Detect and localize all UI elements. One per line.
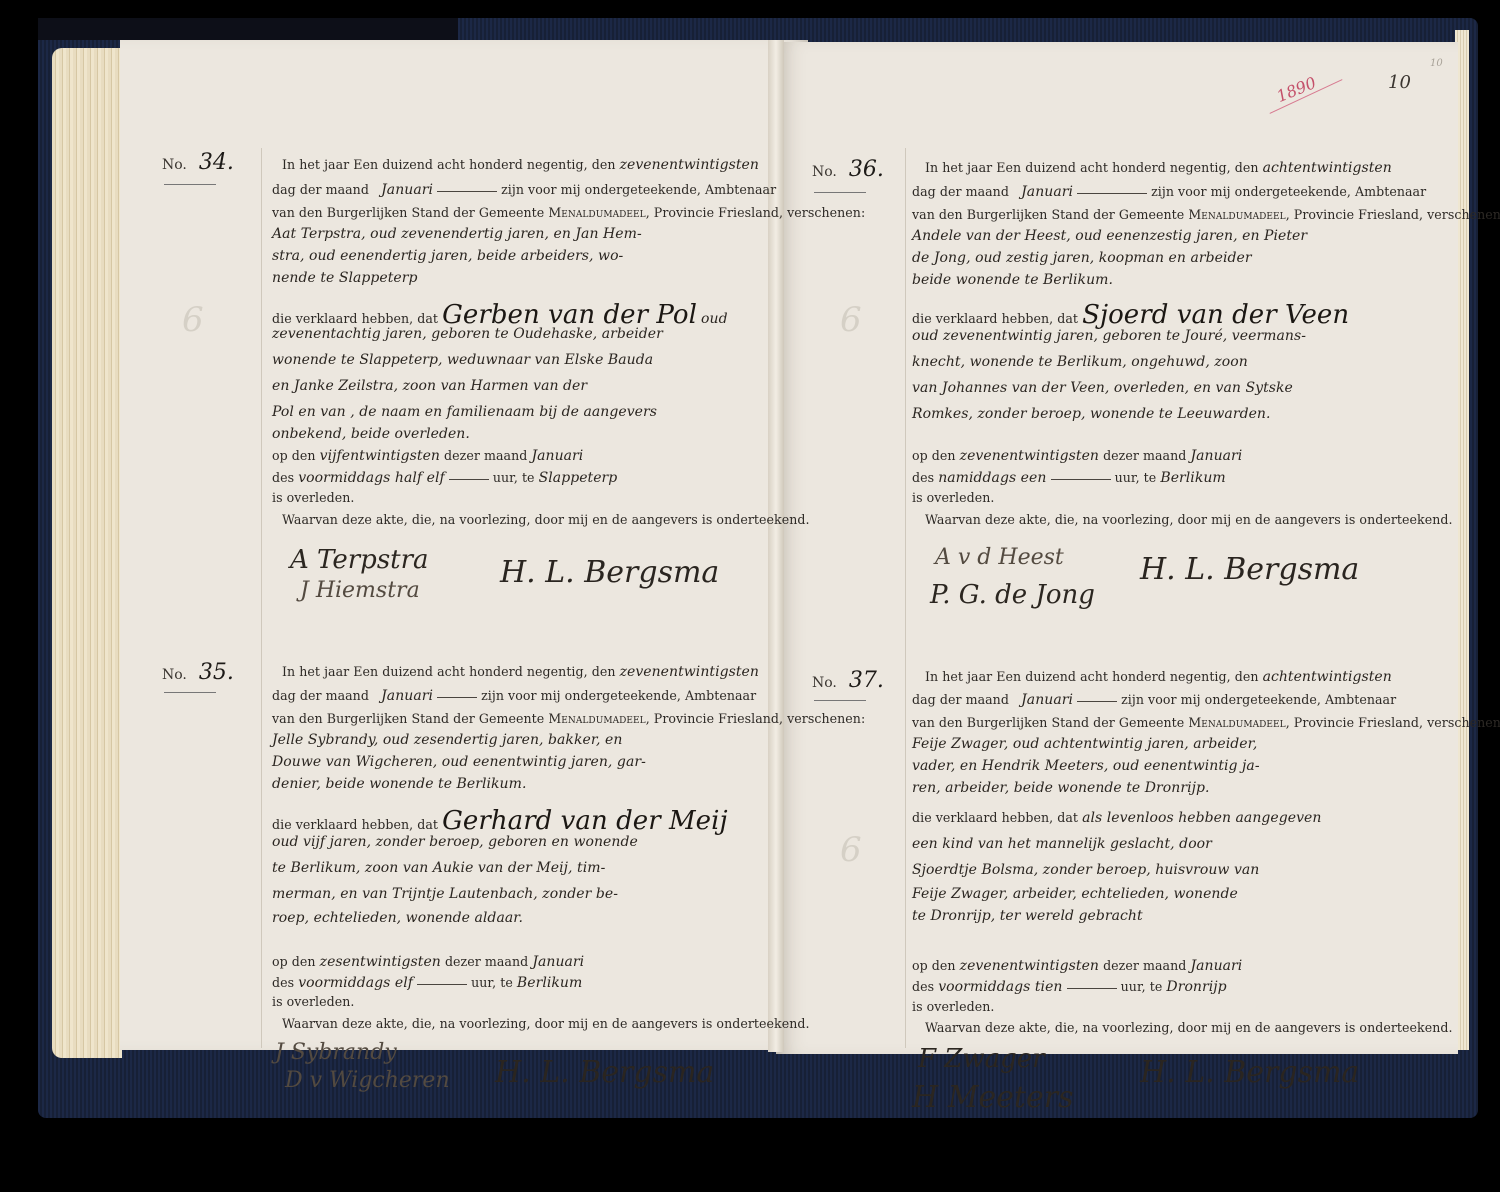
death-time-line: des voormiddags tien uur, te Dronrijp: [912, 979, 1227, 995]
form-line-3: van den Burgerlijken Stand der Gemeente …: [912, 715, 1500, 730]
details-line-1: zevenentachtig jaren, geboren te Oudehas…: [272, 326, 663, 342]
cover-shadow: [38, 18, 458, 40]
entry-number: No.34.: [162, 150, 234, 175]
appearers-line-2: Douwe van Wigcheren, oud eenentwintig ja…: [272, 754, 646, 770]
left-margin-rule: [261, 148, 262, 1048]
form-line-1: In het jaar Een duizend acht honderd neg…: [282, 157, 759, 173]
details-line-4: Romkes, zonder beroep, wonende te Leeuwa…: [912, 406, 1270, 422]
form-line-3: van den Burgerlijken Stand der Gemeente …: [272, 205, 865, 220]
appearers-line-2: vader, en Hendrik Meeters, oud eenentwin…: [912, 758, 1260, 774]
number-rule: [814, 192, 866, 193]
signature-appearer-1: A Terpstra: [290, 545, 429, 575]
death-time-line: des voormiddags half elf uur, te Slappet…: [272, 470, 617, 486]
entry-number: No.35.: [162, 660, 234, 685]
details-line-1: oud vijf jaren, zonder beroep, geboren e…: [272, 834, 638, 850]
form-line-1: In het jaar Een duizend acht honderd neg…: [925, 160, 1392, 176]
closing-line: Waarvan deze akte, die, na voorlezing, d…: [925, 1020, 1453, 1035]
overleden-line: is overleden.: [912, 999, 994, 1014]
appearers-line-1: Feije Zwager, oud achtentwintig jaren, a…: [912, 736, 1257, 752]
signature-appearer-2: H Meeters: [912, 1080, 1073, 1115]
details-line-4: Pol en van , de naam en familienaam bij …: [272, 404, 657, 420]
appearers-line-3: ren, arbeider, beide wonende te Dronrijp…: [912, 780, 1210, 796]
margin-pencil-mark: 6: [840, 300, 862, 340]
declared-line: die verklaard hebben, dat Gerhard van de…: [272, 806, 728, 836]
overleden-line: is overleden.: [272, 490, 354, 505]
death-date-line: op den vijfentwintigsten dezer maand Jan…: [272, 448, 583, 464]
appearers-line-3: beide wonende te Berlikum.: [912, 272, 1113, 288]
death-time-line: des voormiddags elf uur, te Berlikum: [272, 975, 582, 991]
appearers-line-3: denier, beide wonende te Berlikum.: [272, 776, 526, 792]
margin-pencil-mark: 6: [182, 300, 204, 340]
death-date-line: op den zevenentwintigsten dezer maand Ja…: [912, 448, 1242, 464]
entry-number: No.37.: [812, 668, 884, 693]
declared-line: die verklaard hebben, dat als levenloos …: [912, 810, 1321, 826]
overleden-line: is overleden.: [912, 490, 994, 505]
number-rule: [814, 700, 866, 701]
details-line-2: wonende te Slappeterp, weduwnaar van Els…: [272, 352, 653, 368]
form-line-1: In het jaar Een duizend acht honderd neg…: [925, 669, 1392, 685]
signature-appearer-1: F Zwager: [918, 1044, 1045, 1074]
number-rule: [164, 692, 216, 693]
signature-appearer-2: P. G. de Jong: [930, 580, 1095, 610]
details-line-1: oud zevenentwintig jaren, geboren te Jou…: [912, 328, 1306, 344]
form-line-1: In het jaar Een duizend acht honderd neg…: [282, 664, 759, 680]
entry-number: No.36.: [812, 157, 884, 182]
signature-appearer-1: A v d Heest: [935, 545, 1064, 570]
details-line-1: een kind van het mannelijk geslacht, doo…: [912, 836, 1212, 852]
signature-official: H. L. Bergsma: [1140, 1055, 1359, 1090]
signature-official: H. L. Bergsma: [495, 1055, 714, 1090]
form-line-2: dag der maand Januari zijn voor mij onde…: [912, 184, 1426, 200]
declared-line: die verklaard hebben, dat Sjoerd van der…: [912, 300, 1349, 330]
details-line-3: van Johannes van der Veen, overleden, en…: [912, 380, 1293, 396]
details-line-2: knecht, wonende te Berlikum, ongehuwd, z…: [912, 354, 1248, 370]
death-date-line: op den zevenentwintigsten dezer maand Ja…: [912, 958, 1242, 974]
appearers-line-3: nende te Slappeterp: [272, 270, 418, 286]
details-line-2: Sjoerdtje Bolsma, zonder beroep, huisvro…: [912, 862, 1259, 878]
appearers-line-1: Andele van der Heest, oud eenenzestig ja…: [912, 228, 1307, 244]
folio-number: 10: [1388, 72, 1411, 93]
details-line-3: en Janke Zeilstra, zoon van Harmen van d…: [272, 378, 587, 394]
page-edges-left: [52, 48, 122, 1058]
details-line-5: onbekend, beide overleden.: [272, 426, 470, 442]
signature-official: H. L. Bergsma: [500, 555, 719, 590]
details-line-2: te Berlikum, zoon van Aukie van der Meij…: [272, 860, 605, 876]
details-line-3: merman, en van Trijntje Lautenbach, zond…: [272, 886, 618, 902]
closing-line: Waarvan deze akte, die, na voorlezing, d…: [925, 512, 1453, 527]
signature-appearer-2: J Hiemstra: [300, 578, 420, 603]
appearers-line-2: stra, oud eenendertig jaren, beide arbei…: [272, 248, 623, 264]
closing-line: Waarvan deze akte, die, na voorlezing, d…: [282, 512, 810, 527]
closing-line: Waarvan deze akte, die, na voorlezing, d…: [282, 1016, 810, 1031]
signature-appearer-1: J Sybrandy: [275, 1040, 397, 1065]
signature-official: H. L. Bergsma: [1140, 552, 1359, 587]
details-line-4: te Dronrijp, ter wereld gebracht: [912, 908, 1143, 924]
form-line-2: dag der maand Januari zijn voor mij onde…: [272, 688, 756, 704]
overleden-line: is overleden.: [272, 994, 354, 1009]
appearers-line-1: Aat Terpstra, oud zevenendertig jaren, e…: [272, 226, 642, 242]
details-line-3: Feije Zwager, arbeider, echtelieden, won…: [912, 886, 1238, 902]
signature-appearer-2: D v Wigcheren: [285, 1068, 450, 1093]
details-line-4: roep, echtelieden, wonende aldaar.: [272, 910, 523, 926]
folio-pencil-number: 10: [1430, 58, 1443, 69]
form-line-3: van den Burgerlijken Stand der Gemeente …: [912, 207, 1500, 222]
death-date-line: op den zesentwintigsten dezer maand Janu…: [272, 954, 584, 970]
appearers-line-2: de Jong, oud zestig jaren, koopman en ar…: [912, 250, 1252, 266]
form-line-2: dag der maand Januari zijn voor mij onde…: [272, 182, 776, 198]
death-time-line: des namiddags een uur, te Berlikum: [912, 470, 1226, 486]
right-margin-rule: [905, 148, 906, 1048]
margin-pencil-mark: 6: [840, 830, 862, 870]
form-line-2: dag der maand Januari zijn voor mij onde…: [912, 692, 1396, 708]
form-line-3: van den Burgerlijken Stand der Gemeente …: [272, 711, 865, 726]
appearers-line-1: Jelle Sybrandy, oud zesendertig jaren, b…: [272, 732, 622, 748]
number-rule: [164, 184, 216, 185]
